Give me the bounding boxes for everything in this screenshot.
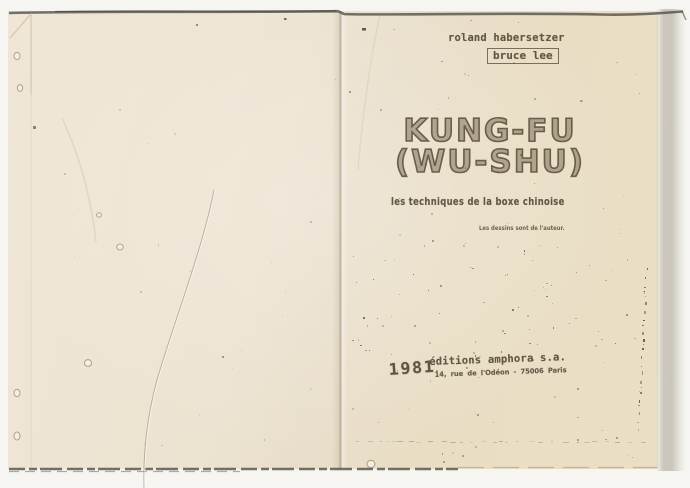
- stamped-name: bruce lee: [493, 49, 553, 62]
- author-name: roland habersetzer: [448, 31, 565, 44]
- right-edge-shadow: [656, 9, 685, 471]
- stamped-name-box: bruce lee: [487, 48, 559, 64]
- book-title-line1: KUNG-FU: [350, 116, 630, 147]
- center-fold: [332, 11, 348, 469]
- book-title-line2: (WU-SHU): [350, 147, 630, 178]
- illustration-note: Les dessins sont de l'auteur.: [479, 224, 564, 232]
- scanned-book-page: roland habersetzer bruce lee KUNG-FU (WU…: [0, 0, 690, 488]
- book-subtitle: les techniques de la boxe chinoise: [391, 196, 565, 208]
- book-title: KUNG-FU (WU-SHU): [350, 116, 630, 178]
